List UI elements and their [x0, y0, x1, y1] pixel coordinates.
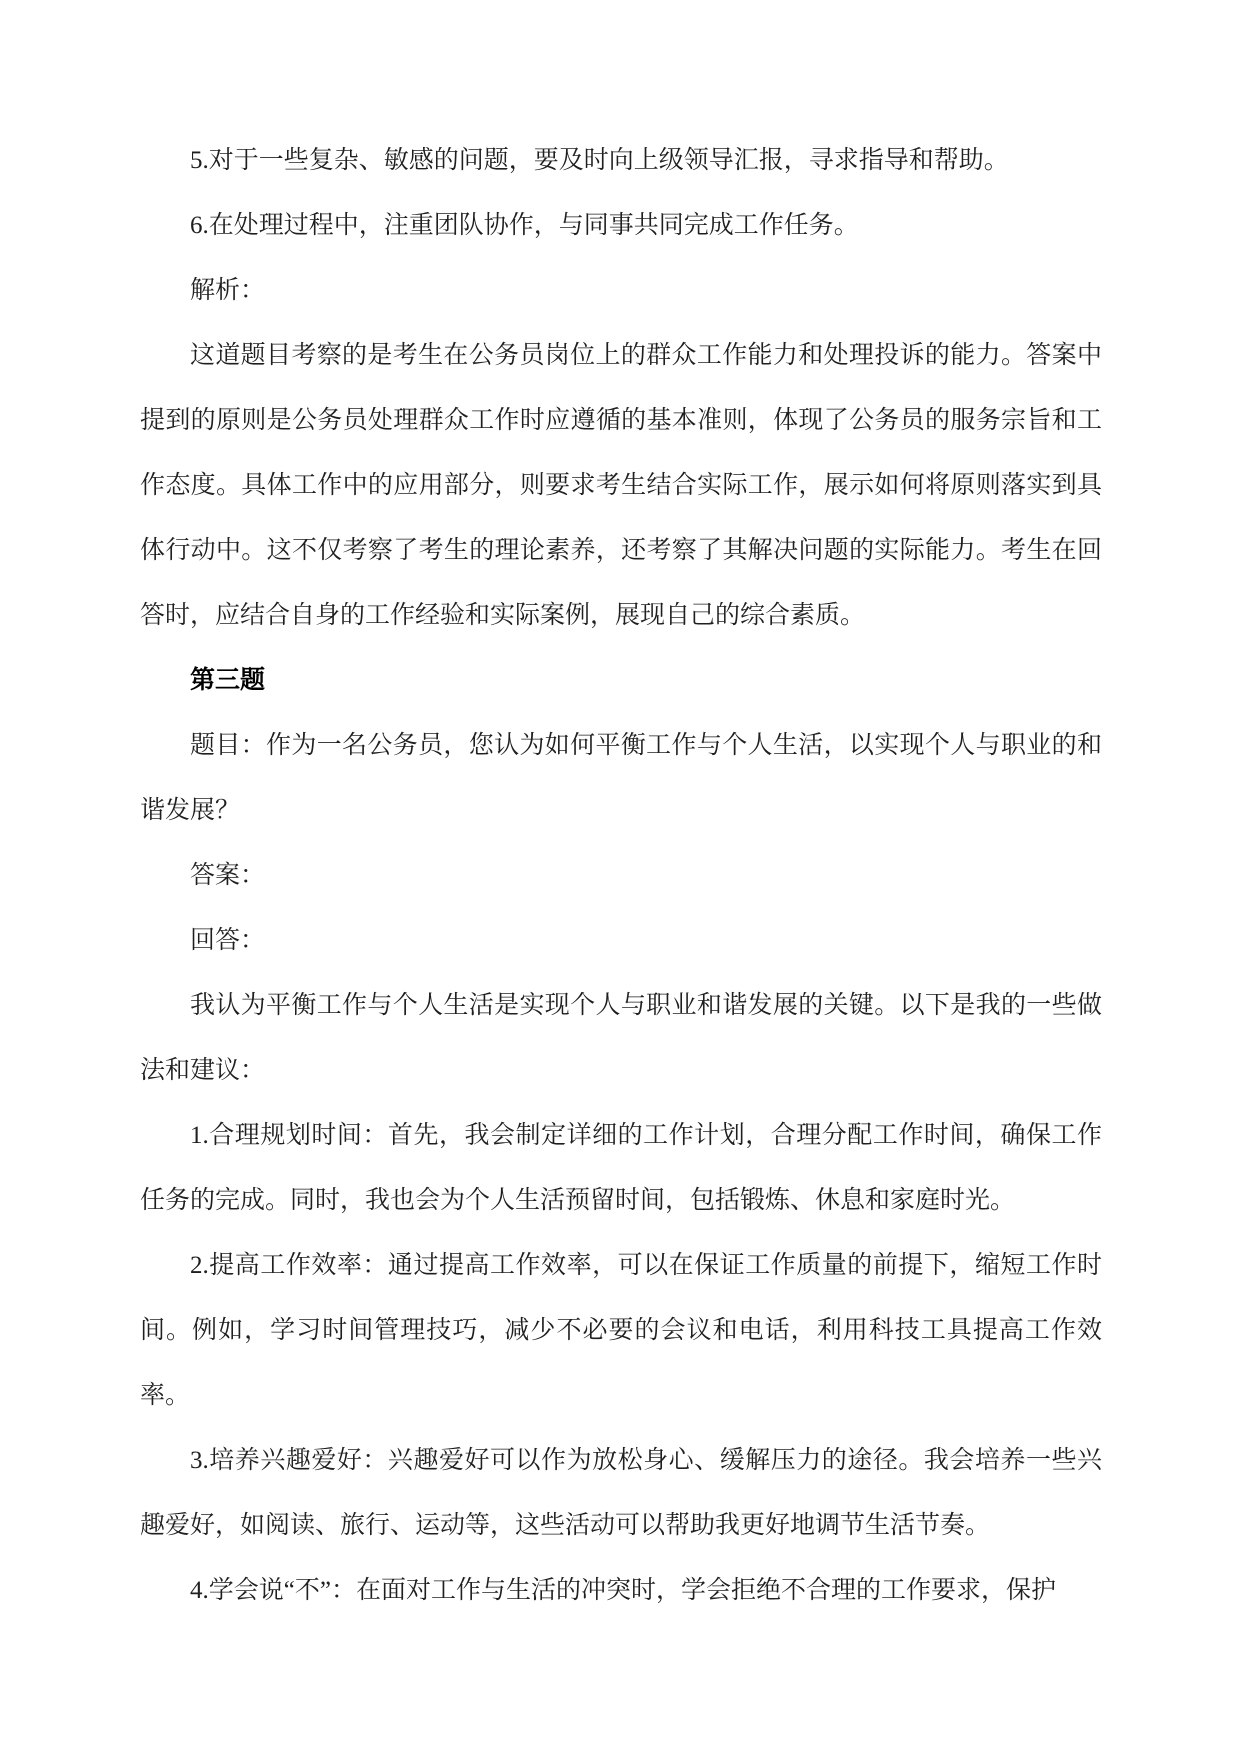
reply-label: 回答： — [140, 908, 1102, 973]
document-content: 5.对于一些复杂、敏感的问题，要及时向上级领导汇报，寻求指导和帮助。 6.在处理… — [140, 128, 1102, 1623]
answer-point-5: 5.对于一些复杂、敏感的问题，要及时向上级领导汇报，寻求指导和帮助。 — [140, 128, 1102, 193]
answer-intro: 我认为平衡工作与个人生活是实现个人与职业和谐发展的关键。以下是我的一些做法和建议… — [140, 973, 1102, 1103]
answer-point-1: 1.合理规划时间：首先，我会制定详细的工作计划，合理分配工作时间，确保工作任务的… — [140, 1103, 1102, 1233]
answer-point-6: 6.在处理过程中，注重团队协作，与同事共同完成工作任务。 — [140, 193, 1102, 258]
document-page: 5.对于一些复杂、敏感的问题，要及时向上级领导汇报，寻求指导和帮助。 6.在处理… — [0, 0, 1241, 1754]
question-3-title: 题目：作为一名公务员，您认为如何平衡工作与个人生活，以实现个人与职业的和谐发展？ — [140, 713, 1102, 843]
answer-label: 答案： — [140, 843, 1102, 908]
analysis-label: 解析： — [140, 258, 1102, 323]
answer-point-3: 3.培养兴趣爱好：兴趣爱好可以作为放松身心、缓解压力的途径。我会培养一些兴趣爱好… — [140, 1428, 1102, 1558]
answer-point-2: 2.提高工作效率：通过提高工作效率，可以在保证工作质量的前提下，缩短工作时间。例… — [140, 1233, 1102, 1428]
answer-point-4: 4.学会说“不”：在面对工作与生活的冲突时，学会拒绝不合理的工作要求，保护 — [140, 1558, 1102, 1623]
question-3-heading: 第三题 — [140, 648, 1102, 713]
analysis-paragraph: 这道题目考察的是考生在公务员岗位上的群众工作能力和处理投诉的能力。答案中提到的原… — [140, 323, 1102, 648]
